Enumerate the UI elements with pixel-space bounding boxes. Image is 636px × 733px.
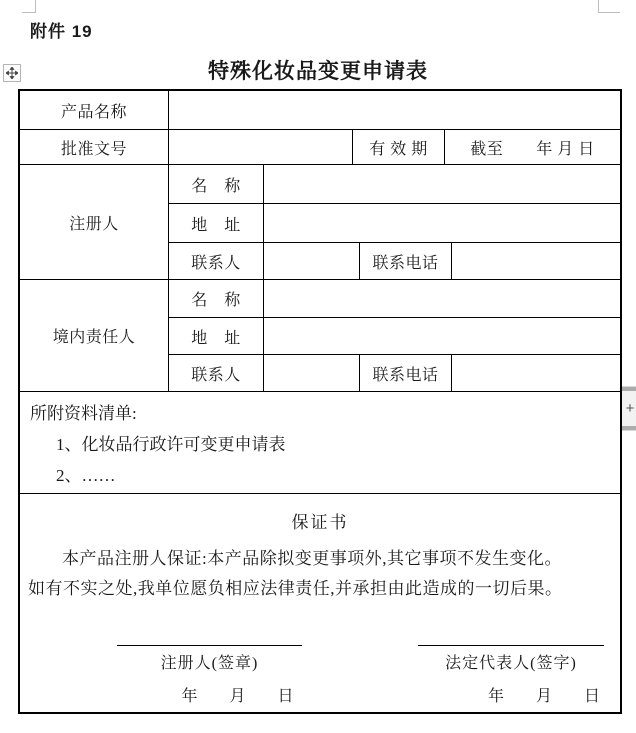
domestic-contact-value-cell[interactable]: [264, 355, 360, 392]
validity-value-cell[interactable]: 截至 年 月 日: [445, 130, 620, 165]
attachments-list-cell[interactable]: 所附资料清单: 1、化妆品行政许可变更申请表 2、……: [20, 392, 620, 494]
registrant-phone-label: 联系电话: [360, 243, 452, 280]
domestic-address-value-cell[interactable]: [264, 318, 620, 355]
attachments-title: 所附资料清单:: [30, 398, 610, 429]
approval-number-value-cell[interactable]: [169, 130, 353, 165]
product-name-label: 产品名称: [20, 91, 169, 130]
widget-top-bar: [622, 387, 636, 391]
registrant-label: 注册人: [20, 165, 169, 280]
registrant-date-line: 年 月 日: [117, 683, 302, 706]
domestic-contact-label: 联系人: [169, 355, 264, 392]
registrant-address-value-cell[interactable]: [264, 204, 620, 243]
domestic-phone-value-cell[interactable]: [452, 355, 620, 392]
crop-mark-top-left-horizontal: [22, 12, 36, 13]
domestic-name-label: 名 称: [169, 280, 264, 318]
domestic-phone-label: 联系电话: [360, 355, 452, 392]
attachment-number: 附件 19: [30, 17, 93, 42]
registrant-signature-label: 注册人(签章): [117, 650, 302, 673]
scroll-plus-widget[interactable]: +: [621, 386, 636, 431]
crop-mark-top-right-horizontal: [598, 12, 620, 13]
attachment-item: 2、……: [30, 460, 610, 491]
legal-rep-signature-label: 法定代表人(签字): [418, 650, 604, 673]
guarantee-text-line: 本产品注册人保证:本产品除拟变更事项外,其它事项不发生变化。: [28, 544, 612, 569]
domestic-address-label: 地 址: [169, 318, 264, 355]
validity-label: 有 效 期: [353, 130, 445, 165]
legal-rep-signature-block: 法定代表人(签字) 年 月 日: [418, 645, 604, 706]
registrant-signature-block: 注册人(签章) 年 月 日: [117, 645, 302, 706]
guarantee-cell: 保证书 本产品注册人保证:本产品除拟变更事项外,其它事项不发生变化。 如有不实之…: [20, 494, 620, 712]
application-form-table: 产品名称 批准文号 有 效 期 截至 年 月 日 注册人 名 称 地 址 联系人…: [18, 89, 622, 714]
registrant-name-label: 名 称: [169, 165, 264, 204]
widget-bottom-bar: [622, 426, 636, 430]
legal-rep-date-line: 年 月 日: [418, 683, 604, 706]
guarantee-title: 保证书: [20, 508, 620, 533]
guarantee-text-line: 如有不实之处,我单位愿负相应法律责任,并承担由此造成的一切后果。: [28, 574, 612, 599]
registrant-contact-label: 联系人: [169, 243, 264, 280]
registrant-address-label: 地 址: [169, 204, 264, 243]
registrant-phone-value-cell[interactable]: [452, 243, 620, 280]
word-document-page: { "page": { "attachment_no": "附件 19", "t…: [0, 0, 636, 733]
domestic-name-value-cell[interactable]: [264, 280, 620, 318]
product-name-value-cell[interactable]: [169, 91, 620, 130]
registrant-name-value-cell[interactable]: [264, 165, 620, 204]
attachment-item: 1、化妆品行政许可变更申请表: [30, 429, 610, 460]
registrant-contact-value-cell[interactable]: [264, 243, 360, 280]
page-title: 特殊化妆品变更申请表: [0, 55, 636, 85]
domestic-responsible-label: 境内责任人: [20, 280, 169, 392]
approval-number-label: 批准文号: [20, 130, 169, 165]
plus-icon: +: [626, 400, 635, 417]
